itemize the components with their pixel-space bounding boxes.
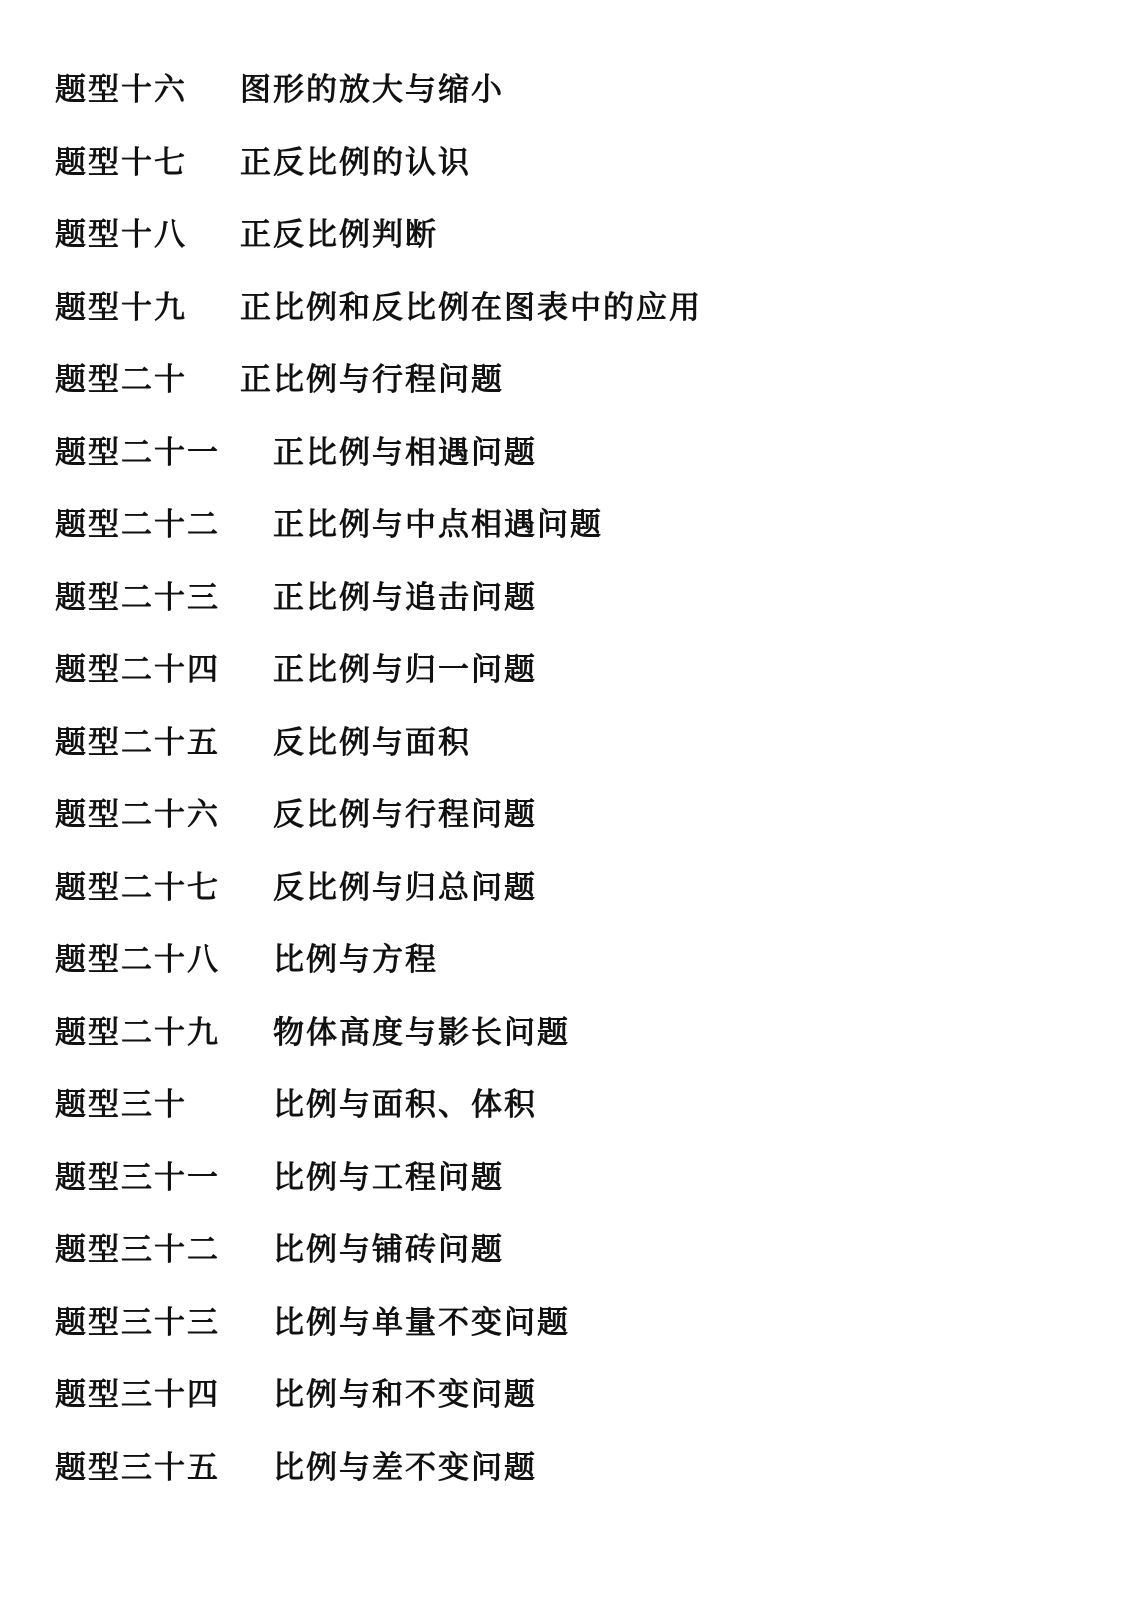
toc-entry: 题型十六 图形的放大与缩小	[0, 68, 1131, 112]
entry-title: 比例与工程问题	[273, 1156, 504, 1200]
entry-title: 正比例与追击问题	[273, 576, 537, 620]
entry-title: 比例与差不变问题	[273, 1446, 537, 1490]
entry-label: 题型二十八	[55, 938, 220, 982]
entry-title: 正比例与行程问题	[240, 358, 504, 402]
entry-title: 正反比例判断	[240, 213, 438, 257]
toc-entry: 题型二十三 正比例与追击问题	[0, 576, 1131, 620]
entry-label: 题型三十	[55, 1083, 187, 1127]
toc-entry: 题型二十 正比例与行程问题	[0, 358, 1131, 402]
entry-label: 题型三十四	[55, 1373, 220, 1417]
entry-label: 题型二十七	[55, 866, 220, 910]
entry-title: 比例与面积、体积	[273, 1083, 537, 1127]
toc-entry: 题型三十 比例与面积、体积	[0, 1083, 1131, 1127]
toc-entry: 题型二十五 反比例与面积	[0, 721, 1131, 765]
entry-label: 题型十七	[55, 141, 187, 185]
toc-entry: 题型三十二 比例与铺砖问题	[0, 1228, 1131, 1272]
entry-label: 题型二十九	[55, 1011, 220, 1055]
entry-title: 比例与方程	[273, 938, 438, 982]
entry-label: 题型三十三	[55, 1301, 220, 1345]
entry-title: 正比例与归一问题	[273, 648, 537, 692]
entry-label: 题型十九	[55, 286, 187, 330]
entry-title: 比例与铺砖问题	[273, 1228, 504, 1272]
toc-entry: 题型三十四 比例与和不变问题	[0, 1373, 1131, 1417]
toc-entry: 题型十八 正反比例判断	[0, 213, 1131, 257]
toc-entry: 题型二十六 反比例与行程问题	[0, 793, 1131, 837]
entry-title: 图形的放大与缩小	[240, 68, 504, 112]
toc-entry: 题型三十三 比例与单量不变问题	[0, 1301, 1131, 1345]
entry-title: 正比例与相遇问题	[273, 431, 537, 475]
toc-entry: 题型二十一 正比例与相遇问题	[0, 431, 1131, 475]
entry-title: 反比例与面积	[273, 721, 471, 765]
toc-entry: 题型三十五 比例与差不变问题	[0, 1446, 1131, 1490]
entry-title: 比例与单量不变问题	[273, 1301, 570, 1345]
entry-title: 反比例与行程问题	[273, 793, 537, 837]
entry-title: 反比例与归总问题	[273, 866, 537, 910]
entry-label: 题型三十二	[55, 1228, 220, 1272]
toc-entry: 题型二十九 物体高度与影长问题	[0, 1011, 1131, 1055]
toc-entry: 题型十九 正比例和反比例在图表中的应用	[0, 286, 1131, 330]
toc-entry: 题型二十二 正比例与中点相遇问题	[0, 503, 1131, 547]
entry-label: 题型十八	[55, 213, 187, 257]
entry-label: 题型二十	[55, 358, 187, 402]
toc-entry: 题型十七 正反比例的认识	[0, 141, 1131, 185]
toc-entry: 题型二十四 正比例与归一问题	[0, 648, 1131, 692]
entry-label: 题型十六	[55, 68, 187, 112]
entry-title: 正比例与中点相遇问题	[273, 503, 603, 547]
toc-entry: 题型三十一 比例与工程问题	[0, 1156, 1131, 1200]
entry-label: 题型二十五	[55, 721, 220, 765]
entry-label: 题型三十五	[55, 1446, 220, 1490]
entry-label: 题型二十二	[55, 503, 220, 547]
entry-title: 正比例和反比例在图表中的应用	[240, 286, 702, 330]
entry-label: 题型二十四	[55, 648, 220, 692]
entry-title: 物体高度与影长问题	[273, 1011, 570, 1055]
toc-entry: 题型二十八 比例与方程	[0, 938, 1131, 982]
entry-title: 正反比例的认识	[240, 141, 471, 185]
entry-label: 题型二十一	[55, 431, 220, 475]
entry-title: 比例与和不变问题	[273, 1373, 537, 1417]
entry-label: 题型三十一	[55, 1156, 220, 1200]
entry-label: 题型二十三	[55, 576, 220, 620]
entry-label: 题型二十六	[55, 793, 220, 837]
toc-entry: 题型二十七 反比例与归总问题	[0, 866, 1131, 910]
table-of-contents: 题型十六 图形的放大与缩小 题型十七 正反比例的认识 题型十八 正反比例判断 题…	[0, 0, 1131, 1600]
